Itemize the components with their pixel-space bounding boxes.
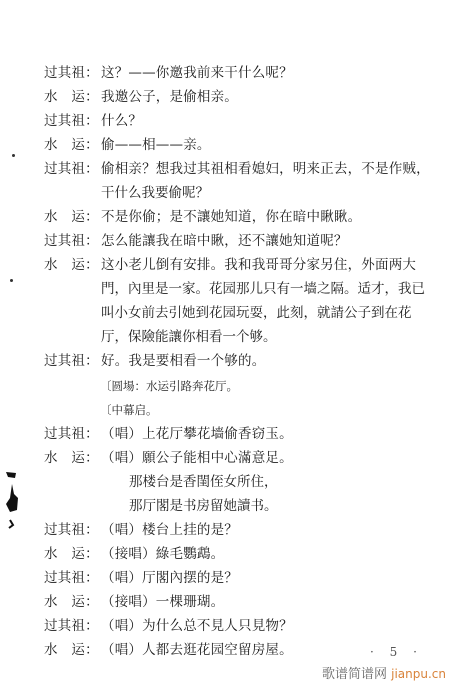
watermark-site-name: 歌谱简谱网 — [322, 667, 391, 682]
dialogue-continuation: 門，內里是一家。花园那儿只有一墙之隔。适才，我已 — [101, 280, 425, 298]
margin-ink-mark-icon — [4, 470, 22, 530]
margin-speck — [12, 154, 15, 157]
sung-text: （接唱）綠毛鸚鵡。 — [101, 545, 224, 563]
speaker: 过其祖： — [44, 569, 101, 587]
dialogue-continuation: 厅，保險能讓你相看一个够。 — [101, 328, 277, 346]
speaker: 过其祖： — [44, 64, 101, 82]
dialogue-text: 不是你偷；是不讓她知道，你在暗中瞅瞅。 — [101, 208, 361, 226]
dialogue-line: 水 运：偷——相——亲。 — [44, 136, 211, 154]
page-number: · 5 · — [370, 645, 423, 659]
dialogue-continuation: 干什么我要偷呢？ — [101, 184, 209, 202]
stage-direction: 〔圆場：水运引路奔花厅。 — [100, 378, 238, 394]
dialogue-line: 过其祖：好。我是要相看一个够的。 — [44, 352, 265, 370]
watermark-url: jianpu.cn — [391, 667, 446, 681]
dialogue-text: 这小老儿倒有安排。我和我哥哥分家另住，外面两大 — [101, 256, 416, 274]
speaker: 水 运： — [44, 641, 101, 659]
dialogue-text: 偷——相——亲。 — [101, 136, 211, 154]
speaker: 水 运： — [44, 256, 101, 274]
dialogue-text: 好。我是要相看一个够的。 — [101, 352, 265, 370]
script-page: 过其祖：这？——你邀我前来干什么呢？ 水 运：我邀公子，是偷相亲。 过其祖：什么… — [0, 0, 475, 690]
speaker: 过其祖： — [44, 352, 101, 370]
dialogue-continuation: 叫小女前去引她到花园玩耍，此刻，就請公子到在花 — [101, 304, 412, 322]
speaker: 水 运： — [44, 136, 101, 154]
dialogue-text: 偷相亲？想我过其祖相看媳妇，明来正去，不是作贼， — [101, 160, 430, 178]
sung-line: 水 运：（接唱）一棵珊瑚。 — [44, 593, 224, 611]
stage-direction: 〔中幕启。 — [100, 402, 158, 418]
dialogue-line: 过其祖：偷相亲？想我过其祖相看媳妇，明来正去，不是作贼， — [44, 160, 430, 178]
speaker: 过其祖： — [44, 617, 101, 635]
sung-text: （接唱）一棵珊瑚。 — [101, 593, 224, 611]
sung-continuation: 那厅閣是书房留她讀书。 — [129, 497, 278, 515]
watermark: 歌谱简谱网 jianpu.cn — [322, 663, 446, 682]
margin-speck — [10, 279, 13, 282]
speaker: 过其祖： — [44, 232, 101, 250]
sung-line: 水 运：（接唱）綠毛鸚鵡。 — [44, 545, 224, 563]
dialogue-text: 这？——你邀我前来干什么呢？ — [101, 64, 293, 82]
dialogue-line: 水 运：这小老儿倒有安排。我和我哥哥分家另住，外面两大 — [44, 256, 416, 274]
speaker: 过其祖： — [44, 521, 101, 539]
sung-continuation: 那楼台是香閨侄女所住， — [129, 473, 278, 491]
sung-line: 水 运：（唱）願公子能相中心滿意足。 — [44, 449, 293, 467]
speaker: 水 运： — [44, 545, 101, 563]
dialogue-text: 怎么能讓我在暗中瞅，还不讓她知道呢？ — [101, 232, 348, 250]
sung-line: 过其祖：（唱）楼台上挂的是？ — [44, 521, 238, 539]
sung-text: （唱）人都去逛花园空留房屋。 — [101, 641, 293, 659]
dialogue-line: 水 运：我邀公子，是偷相亲。 — [44, 88, 238, 106]
speaker: 水 运： — [44, 208, 101, 226]
dialogue-line: 过其祖：怎么能讓我在暗中瞅，还不讓她知道呢？ — [44, 232, 348, 250]
sung-text: （唱）上花厅攀花墙偷香窃玉。 — [101, 425, 293, 443]
sung-text: （唱）厅閣內摆的是？ — [101, 569, 238, 587]
sung-text: （唱）楼台上挂的是？ — [101, 521, 238, 539]
sung-line: 过其祖：（唱）厅閣內摆的是？ — [44, 569, 238, 587]
sung-line: 过其祖：（唱）上花厅攀花墙偷香窃玉。 — [44, 425, 293, 443]
dialogue-text: 我邀公子，是偷相亲。 — [101, 88, 238, 106]
sung-text: （唱）为什么总不見人只見物？ — [101, 617, 293, 635]
sung-line: 过其祖：（唱）为什么总不見人只見物？ — [44, 617, 293, 635]
speaker: 过其祖： — [44, 160, 101, 178]
dialogue-line: 水 运：不是你偷；是不讓她知道，你在暗中瞅瞅。 — [44, 208, 361, 226]
dialogue-line: 过其祖：这？——你邀我前来干什么呢？ — [44, 64, 293, 82]
sung-line: 水 运：（唱）人都去逛花园空留房屋。 — [44, 641, 293, 659]
sung-text: （唱）願公子能相中心滿意足。 — [101, 449, 293, 467]
speaker: 过其祖： — [44, 112, 101, 130]
dialogue-line: 过其祖：什么？ — [44, 112, 142, 130]
dialogue-text: 什么？ — [101, 112, 142, 130]
speaker: 水 运： — [44, 449, 101, 467]
speaker: 过其祖： — [44, 425, 101, 443]
speaker: 水 运： — [44, 88, 101, 106]
speaker: 水 运： — [44, 593, 101, 611]
